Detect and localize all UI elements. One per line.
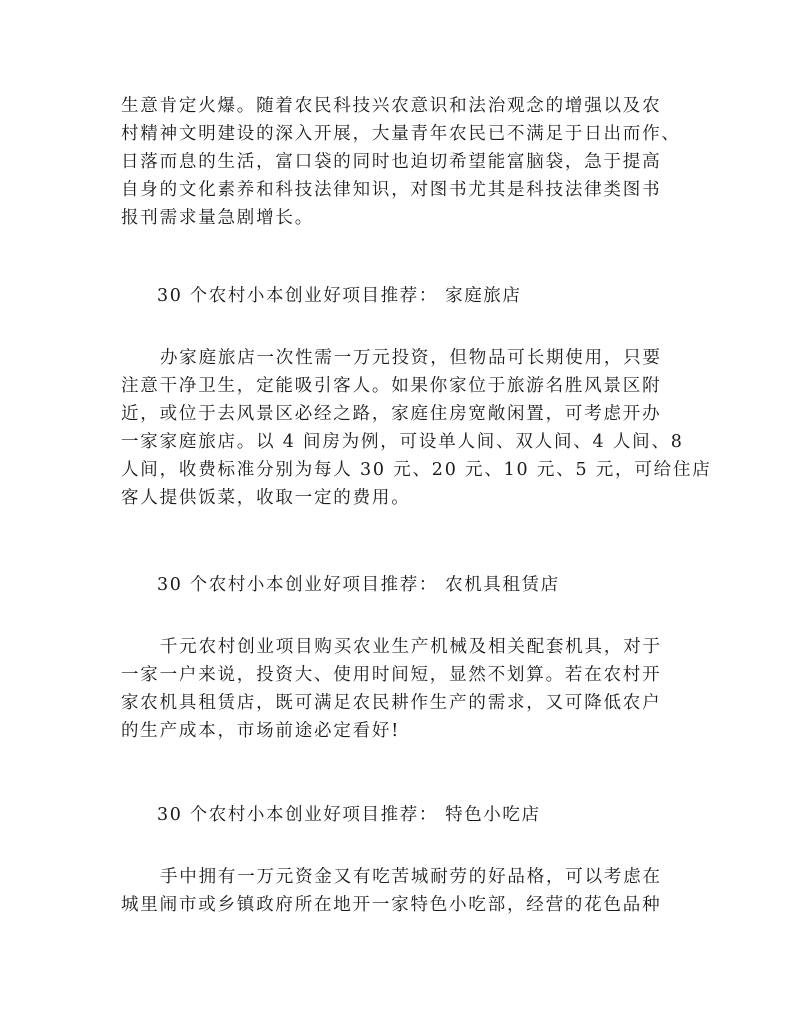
paragraph-line: 报刊需求量急剧增长。 (121, 204, 314, 232)
paragraph-line: 注意干净卫生，定能吸引客人。如果你家位于旅游名胜风景区附 (121, 372, 661, 400)
paragraph-line: 人间，收费标准分别为每人 30 元、20 元、10 元、5 元，可给住店 (121, 456, 712, 484)
section-heading: 30 个农村小本创业好项目推荐： 家庭旅店 (157, 282, 522, 310)
paragraph-line: 千元农村创业项目购买农业生产机械及相关配套机具，对于 (160, 633, 662, 661)
document-page: 生意肯定火爆。随着农民科技兴农意识和法治观念的增强以及农 村精神文明建设的深入开… (0, 0, 800, 1036)
paragraph-line: 近，或位于去风景区必经之路，家庭住房宽敞闲置，可考虑开办 (121, 400, 661, 428)
paragraph-line: 生意肯定火爆。随着农民科技兴农意识和法治观念的增强以及农 (121, 92, 661, 120)
paragraph-line: 的生产成本，市场前途必定看好! (121, 717, 400, 745)
paragraph-line: 手中拥有一万元资金又有吃苦城耐劳的好品格，可以考虑在 (160, 863, 662, 891)
paragraph-line: 自身的文化素养和科技法律知识，对图书尤其是科技法律类图书 (121, 176, 661, 204)
paragraph-line: 办家庭旅店一次性需一万元投资，但物品可长期使用，只要 (160, 344, 662, 372)
paragraph-line: 一家一户来说，投资大、使用时间短，显然不划算。若在农村开 (121, 661, 661, 689)
paragraph-line: 村精神文明建设的深入开展，大量青年农民已不满足于日出而作、 (121, 120, 681, 148)
paragraph-line: 一家家庭旅店。以 4 间房为例，可设单人间、双人间、4 人间、8 (121, 428, 684, 456)
paragraph-line: 客人提供饭菜，收取一定的费用。 (121, 484, 411, 512)
paragraph-line: 家农机具租赁店，既可满足农民耕作生产的需求，又可降低农户 (121, 689, 661, 717)
section-heading: 30 个农村小本创业好项目推荐： 特色小吃店 (157, 801, 541, 829)
paragraph-line: 日落而息的生活，富口袋的同时也迫切希望能富脑袋，急于提高 (121, 148, 661, 176)
paragraph-line: 城里闹市或乡镇政府所在地开一家特色小吃部，经营的花色品种 (121, 891, 661, 919)
section-heading: 30 个农村小本创业好项目推荐： 农机具租赁店 (157, 571, 560, 599)
